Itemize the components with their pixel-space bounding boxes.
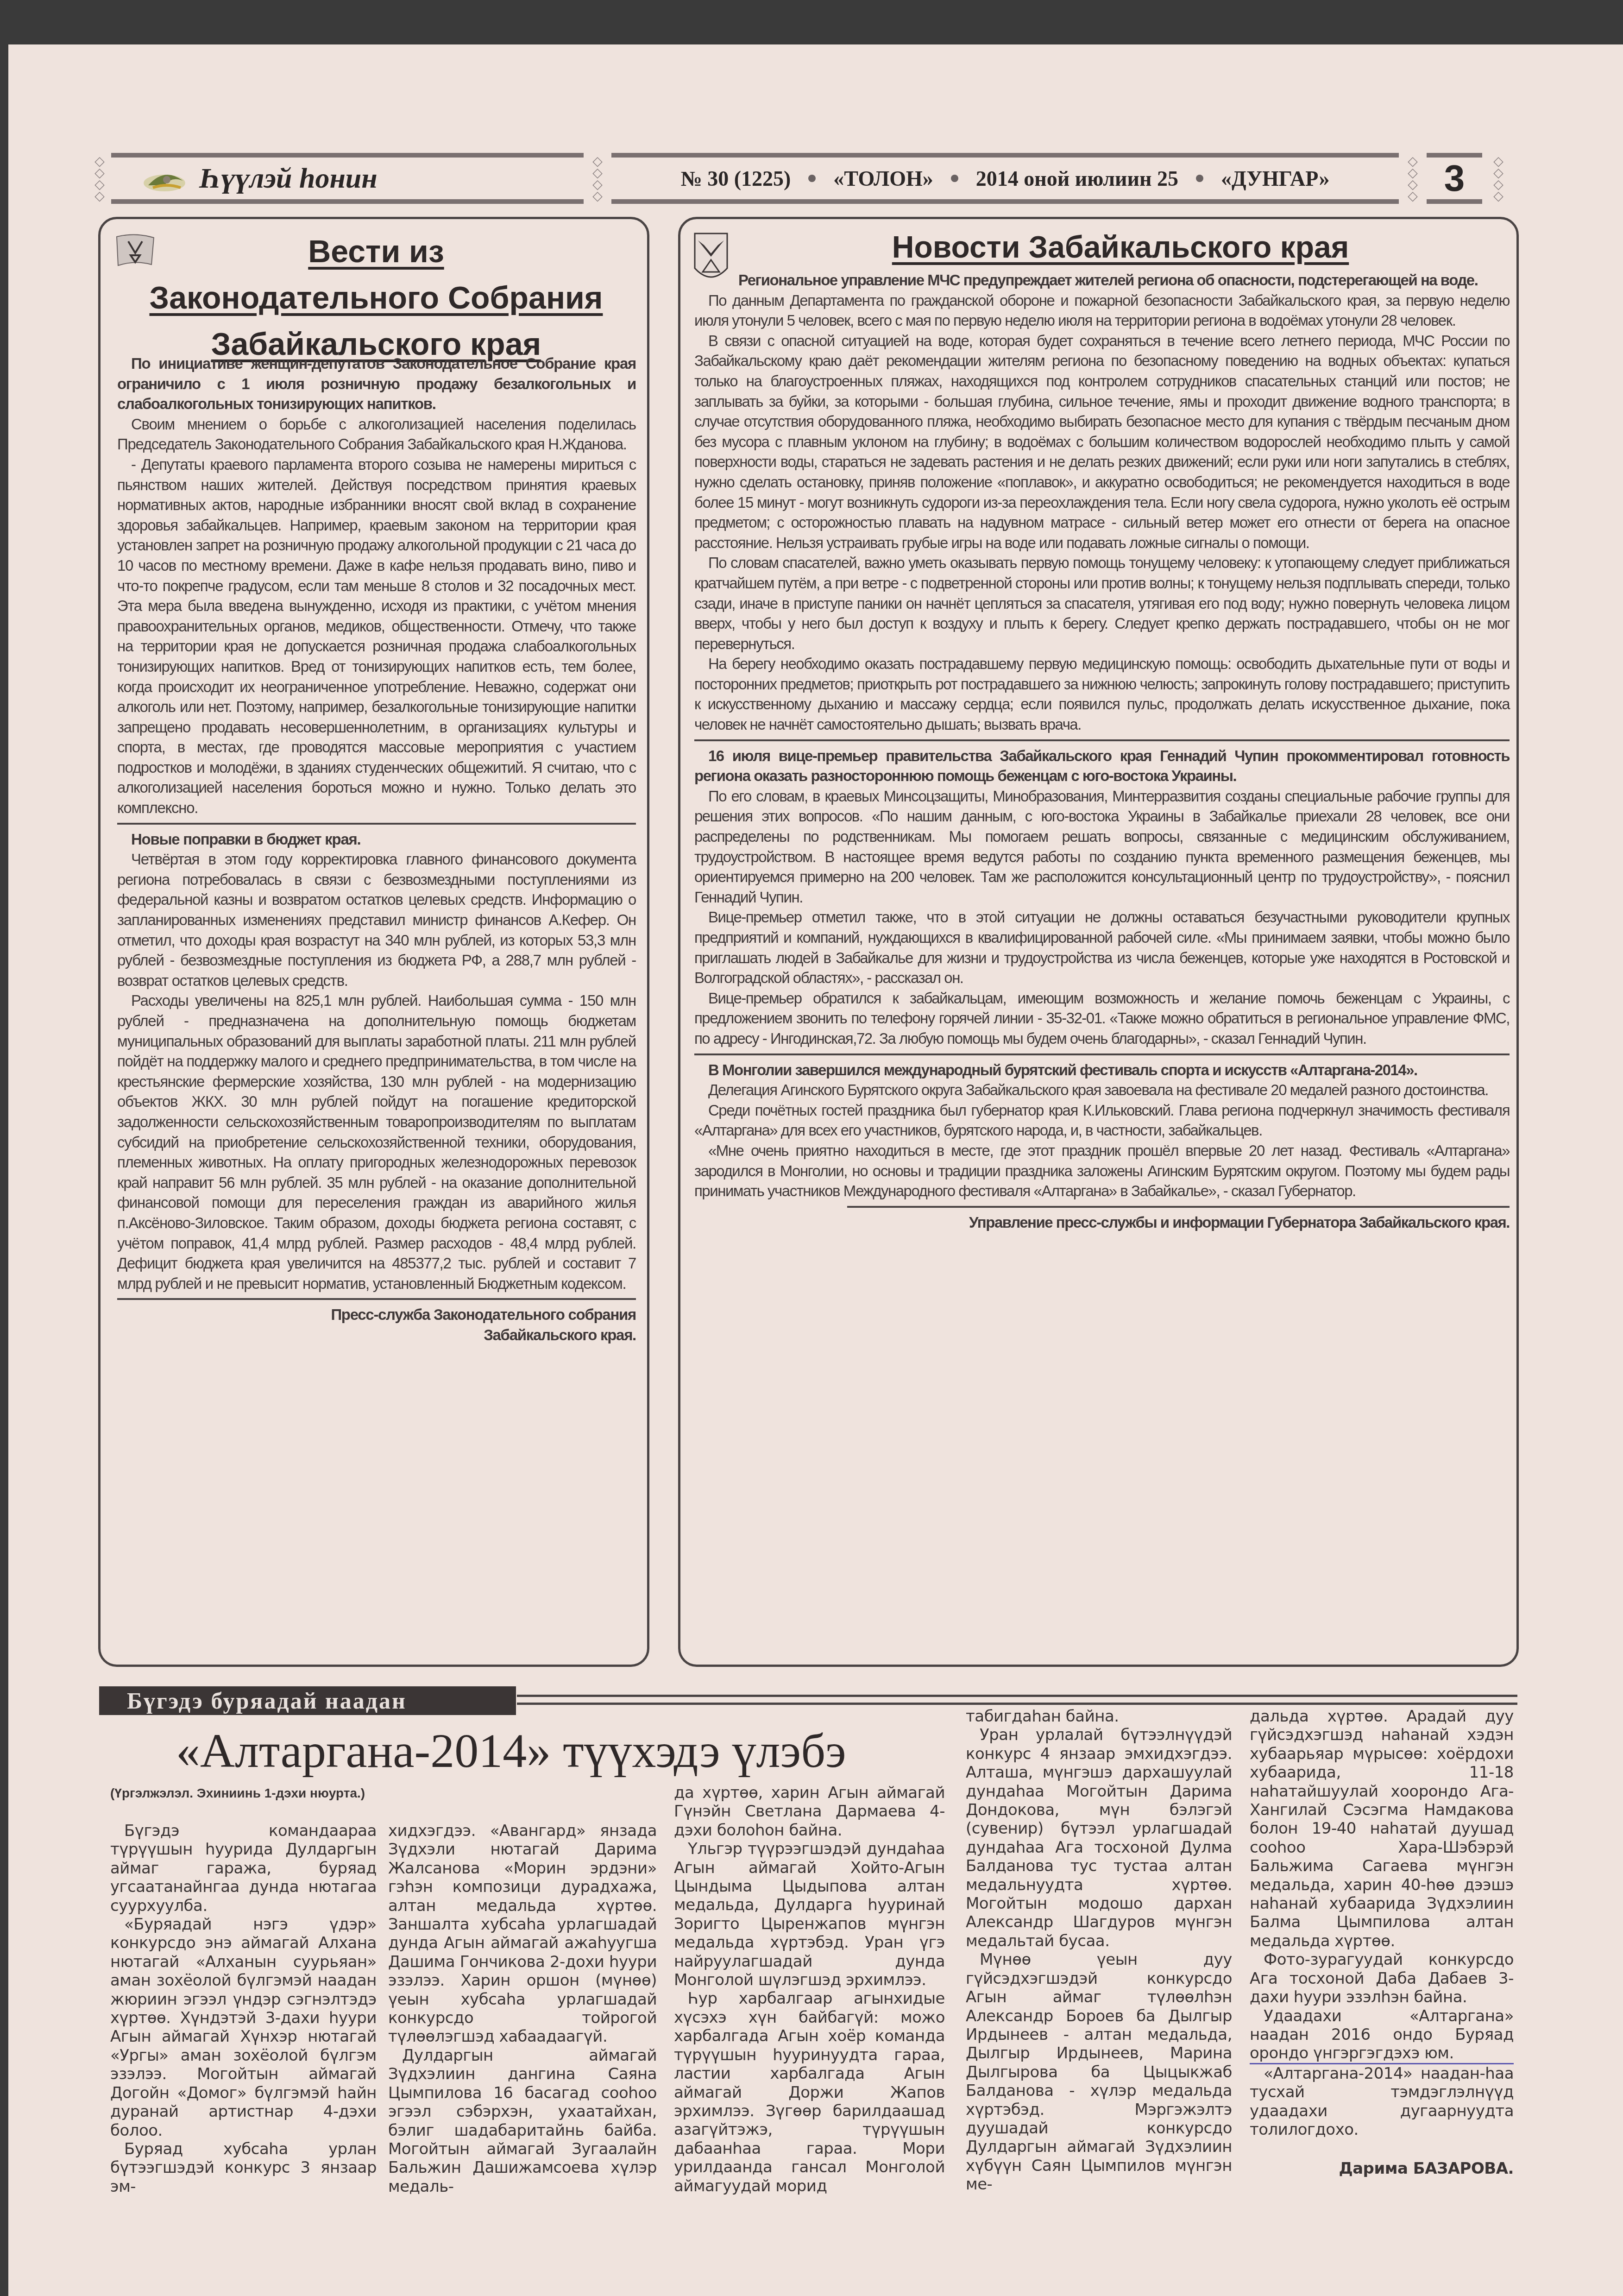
article-legislative-news: Вести из Законодательного Собрания Забай…: [98, 217, 649, 1667]
paragraph: По словам спасателей, важно уметь оказыв…: [694, 553, 1510, 654]
lead-paragraph: В Монголии завершился международный буря…: [694, 1060, 1510, 1080]
article-column-3: да хүртөө, харин Агын аймагай Гүнэйн Све…: [674, 1784, 945, 2195]
article-column-2: хидхэгдээ. «Авангард» янзада Зүдхэли нют…: [388, 1822, 657, 2196]
paragraph: Буряад хубсаһа урлан бүтээгшэдэй конкурс…: [110, 2140, 377, 2196]
paragraph: По его словам, в краевых Минсоцзащиты, М…: [694, 786, 1510, 908]
divider: [847, 1206, 1510, 1208]
article-heading: Новости Забайкальского края: [727, 228, 1514, 265]
paragraph: дальда хүртөө. Арадай дуу гүйсэдхэгшэд н…: [1250, 1707, 1514, 1950]
paragraph: табигдаһан байна.: [966, 1707, 1232, 1726]
weekday: «ДУНГАР»: [1221, 166, 1329, 191]
masthead-section: Һүүлэй һонин: [111, 153, 584, 204]
paragraph: Фото-зурагуудай конкурсдо Ага тосхоной Д…: [1250, 1950, 1514, 2006]
divider: [117, 1298, 636, 1300]
issue-date: 2014 оной июлиин 25: [976, 166, 1178, 191]
signature: Пресс-служба Законодательного собрания З…: [117, 1305, 636, 1345]
paragraph: «Буряадай нэгэ үдэр» конкурсдо энэ аймаг…: [110, 1915, 377, 2140]
article-body: По инициативе женщин-депутатов Законодат…: [117, 353, 636, 1345]
bullet-icon: [1196, 175, 1203, 182]
masthead: ◇◇◇◇ Һүүлэй һонин ◇◇◇◇ № 30 (1225) «ТОЛО…: [93, 153, 1510, 204]
section-divider: [517, 1695, 1517, 1705]
bullet-icon: [951, 175, 958, 182]
section-tag: Бүгэдэ буряадай наадан: [99, 1686, 516, 1715]
paragraph: Делегация Агинского Бурятского округа За…: [694, 1080, 1510, 1100]
continuation-note: (Үргэлжэлэл. Эхиниинь 1-дэхи нюурта.): [110, 1786, 365, 1801]
paragraph: «Алтаргана-2014» наадан-һаа тусхай тэмдэ…: [1250, 2064, 1514, 2139]
paragraph: На берегу необходимо оказать пострадавше…: [694, 654, 1510, 734]
paragraph: - Депутаты краевого парламента второго с…: [117, 454, 636, 818]
ornament-icon: ◇◇◇◇: [1491, 155, 1505, 202]
paragraph: По данным Департамента по гражданской об…: [694, 290, 1510, 331]
paragraph: В связи с опасной ситуацией на воде, кот…: [694, 331, 1510, 553]
divider: [117, 823, 636, 825]
article-regional-news: Новости Забайкальского края Региональное…: [678, 217, 1519, 1667]
ornament-icon: ◇◇◇◇: [93, 155, 107, 202]
subheading: Новые поправки в бюджет края.: [117, 829, 636, 850]
bullet-icon: [808, 175, 816, 182]
lead-paragraph: Региональное управление МЧС предупреждае…: [694, 270, 1510, 290]
paragraph: Бүгэдэ командаараа түрүүшын һуурида Дулд…: [110, 1822, 377, 1915]
ornament-icon: ◇◇◇◇: [1406, 155, 1420, 202]
paragraph: Үльгэр түүрээгшэдэй дундаһаа Агын аймага…: [674, 1840, 945, 1989]
author-byline: Дарима БАЗАРОВА.: [1250, 2159, 1514, 2178]
paragraph: Своим мнением о борьбе с алкоголизацией …: [117, 414, 636, 454]
signature-line: Забайкальского края.: [117, 1325, 636, 1345]
paragraph: Мүнөө үеын дуу гүйсэдхэгшэдэй конкурсдо …: [966, 1950, 1232, 2194]
paragraph: Удаадахи «Алтаргана» наадан 2016 ондо Бу…: [1250, 2007, 1514, 2064]
article-heading: Вести из Законодательного Собрания Забай…: [110, 228, 642, 367]
section-title: Һүүлэй һонин: [199, 162, 377, 195]
article-body: Региональное управление МЧС предупреждае…: [694, 270, 1510, 1232]
divider: [694, 1053, 1510, 1055]
paragraph: Вице-премьер обратился к забайкальцам, и…: [694, 988, 1510, 1049]
paragraph: хидхэгдээ. «Авангард» янзада Зүдхэли нют…: [388, 1822, 657, 2046]
logo-icon: [139, 162, 190, 199]
article-column-5: дальда хүртөө. Арадай дуу гүйсэдхэгшэд н…: [1250, 1707, 1514, 2178]
paragraph: Һур харбалгаар агынхидые хүсэхэ хүн байб…: [674, 1989, 945, 2195]
article-column-4: табигдаһан байна. Уран урлалай бүтээлнүү…: [966, 1707, 1232, 2194]
lead-paragraph: По инициативе женщин-депутатов Законодат…: [117, 353, 636, 414]
signature: Управление пресс-службы и информации Губ…: [694, 1212, 1510, 1233]
masthead-issue-info: № 30 (1225) «ТОЛОН» 2014 оной июлиин 25 …: [611, 153, 1399, 204]
paragraph: да хүртөө, харин Агын аймагай Гүнэйн Све…: [674, 1784, 945, 1840]
issue-number: № 30 (1225): [680, 166, 791, 191]
heading-line: Законодательного Собрания: [110, 275, 642, 321]
heading-line: Вести из: [110, 228, 642, 275]
page-number-box: 3: [1427, 153, 1482, 204]
paragraph: Четвёртая в этом году корректировка глав…: [117, 849, 636, 990]
page-number: 3: [1444, 157, 1465, 200]
paragraph: Расходы увеличены на 825,1 млн рублей. Н…: [117, 990, 636, 1293]
paragraph: Уран урлалай бүтээлнүүдэй конкурс 4 янза…: [966, 1726, 1232, 1950]
paper-name: «ТОЛОН»: [833, 166, 933, 191]
article-column-1: Бүгэдэ командаараа түрүүшын һуурида Дулд…: [110, 1822, 377, 2196]
ornament-icon: ◇◇◇◇: [591, 155, 604, 202]
lead-paragraph: 16 июля вице-премьер правительства Забай…: [694, 746, 1510, 786]
paragraph: Дулдаргын аймагай Зүдхэлиин дангина Саян…: [388, 2046, 657, 2196]
paragraph: Среди почётных гостей праздника был губе…: [694, 1100, 1510, 1141]
divider: [694, 739, 1510, 741]
paragraph: Вице-премьер отметил также, что в этой с…: [694, 907, 1510, 988]
paragraph: «Мне очень приятно находиться в месте, г…: [694, 1141, 1510, 1201]
article-title: «Алтаргана-2014» түүхэдэ үлэбэ: [176, 1723, 846, 1779]
signature-line: Пресс-служба Законодательного собрания: [117, 1305, 636, 1325]
